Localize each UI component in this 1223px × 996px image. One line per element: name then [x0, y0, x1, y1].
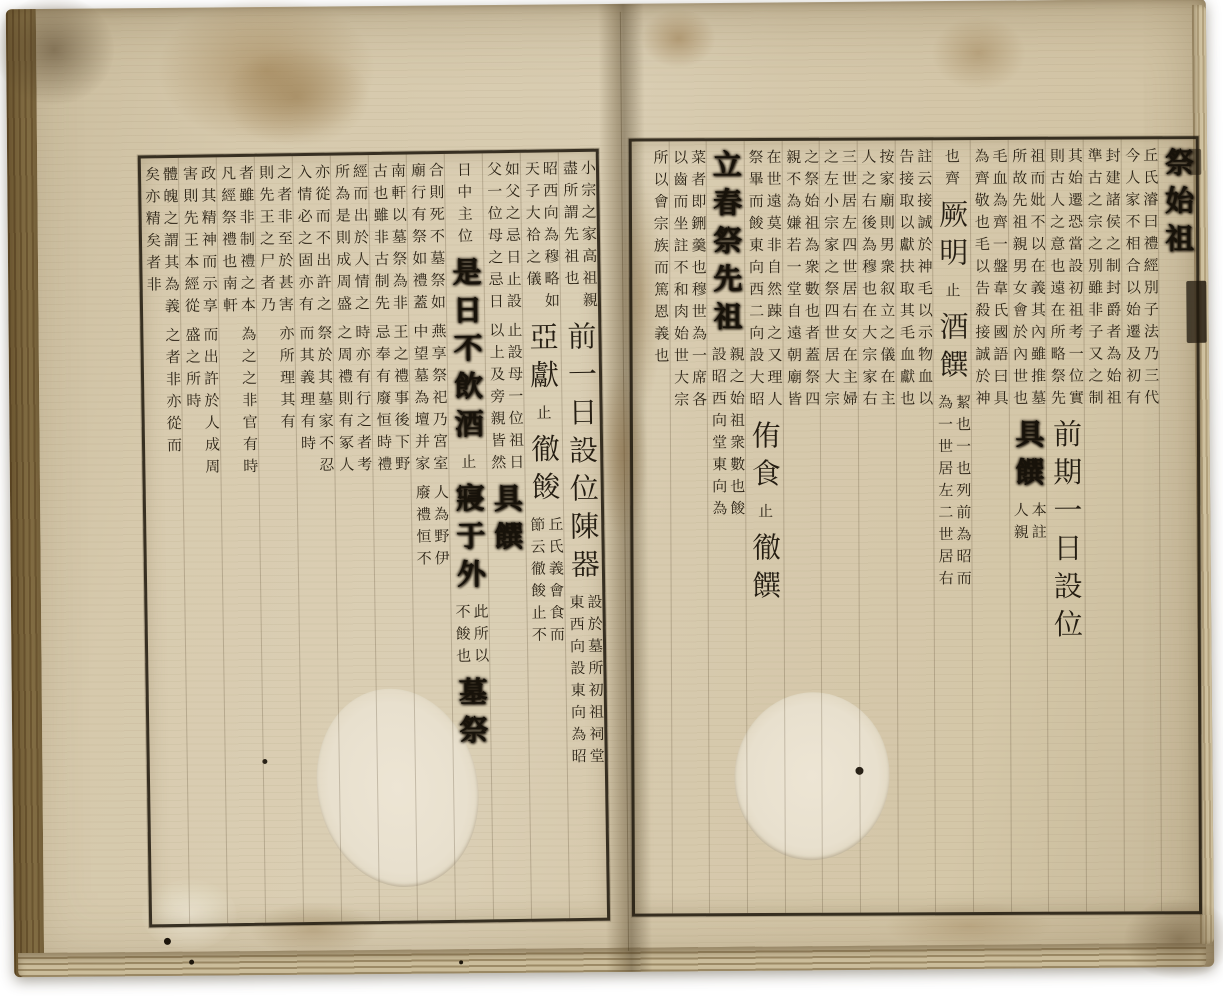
- annotation-pair: 亦所理其有: [258, 325, 295, 436]
- annotation-pair: 王之禮事後下野忌奉有廢恒時禮: [372, 324, 409, 479]
- annotation-text: 害則先王本經從: [180, 166, 199, 320]
- text-column: 毛血為齊一盤韋氏國語曰具為齊敬也毛以告殺接誠於神: [970, 140, 1011, 912]
- main-text: 具饌: [1013, 419, 1042, 495]
- annotation-text: 毛血為齊一盤韋氏國語曰具: [989, 148, 1007, 412]
- stain: [156, 0, 377, 146]
- annotation-text: [144, 327, 163, 459]
- main-text: 徹餕: [529, 433, 559, 509]
- annotation-pair: 封建諸侯之制封爵者為始祖準古之宗之別雖非子又之制: [1085, 147, 1121, 411]
- small-text: 止: [460, 454, 475, 476]
- annotation-text: 設於墓所初祖祠堂: [584, 594, 604, 770]
- annotation-text: 止設母一位祖日: [504, 322, 523, 476]
- annotation-text: 今人家不相合以始遷及初有: [1122, 147, 1140, 411]
- ink-speck: [164, 938, 171, 945]
- annotation-text: 祭畢而餕東向西二向設大昭: [745, 149, 763, 413]
- annotation-text: 亦從而不出許之: [312, 164, 331, 318]
- annotation-text: [220, 326, 239, 480]
- right-page-text-block: 祭始祖丘氏濬曰禮經別子法乃三代今人家不相合以始遷及初有封建諸侯之制封爵者為始祖準…: [629, 136, 1202, 916]
- main-text: 厥明: [937, 199, 966, 275]
- stain: [931, 15, 1027, 91]
- annotation-text: 為之之非官有時: [238, 326, 257, 480]
- text-column: 丘氏濬曰禮經別子法乃三代今人家不相合以始遷及初有: [1120, 139, 1161, 911]
- annotation-text: 菜者即鉶羹也穆世為一席各: [688, 149, 706, 413]
- text-column: 立春祭先祖親之始祖衆數也餕設昭西向堂東向為: [706, 141, 747, 913]
- annotation-text: 人為野伊: [431, 484, 449, 572]
- annotation-text: 以上及旁親皆然: [486, 322, 505, 476]
- annotation-pair: 人為野伊廢禮恒不: [413, 484, 449, 573]
- annotation-pair: 其始遷恐當設初祖考一位實則古人之意也遠在所略祭先: [1047, 148, 1083, 412]
- main-text: 祭始祖: [1163, 147, 1192, 261]
- main-text: 立春祭先祖: [711, 149, 741, 339]
- text-column: 所以會宗族而篤恩義也: [632, 141, 672, 913]
- annotation-pair: 亦從而不出許之入情必之固亦有: [294, 164, 331, 319]
- annotation-text: 親不為嫌若一堂自遠朝廟皆: [783, 149, 801, 413]
- annotation-text: 此所以: [470, 603, 488, 669]
- annotation-pair: 之祭始祖為衆數也者蓋祭四親不為嫌若一堂自遠朝廟皆: [783, 149, 819, 413]
- text-column: 封建諸侯之制封爵者為始祖準古之宗之別雖非子又之制: [1083, 139, 1124, 911]
- annotation-text: 中望墓為壇并家: [410, 323, 429, 477]
- annotation-pair: 毛血為齊一盤韋氏國語曰具為齊敬也毛以告殺接誠於神: [971, 148, 1007, 412]
- annotation-text: 不餕也: [452, 604, 470, 670]
- small-text: 止: [944, 282, 959, 304]
- annotation-pair: 止設母一位祖日以上及旁親皆然: [486, 322, 523, 477]
- annotation-text: 之周禮則有冢人: [334, 324, 353, 478]
- annotation-pair: 南軒以墓祭為非古也雖非古制先: [370, 163, 407, 318]
- annotation-pair: 政其精神而示享害則先王本經從: [180, 165, 217, 320]
- annotation-pair: 所以會宗族而篤恩義也: [632, 149, 668, 369]
- annotation-text: 為一世居左二世居右: [935, 394, 953, 592]
- text-column: 也齊厥明止酒饌絜也一也列前為昭而為一世居左二世居右: [932, 140, 973, 912]
- stain: [641, 8, 717, 69]
- annotation-text: 天子大祫之儀: [522, 161, 541, 315]
- annotation-text: 為齊敬也毛以告殺接誠於神: [971, 148, 989, 412]
- annotation-text: 廟行有祭如禮蓋: [408, 162, 427, 316]
- annotation-pair: 丘氏義會食而節云徹餕止不: [527, 516, 564, 649]
- book-spread: 小宗之家高祖親盡所謂先祖也前一日設位陳器設於墓所初祖祠堂東西向設東向為昭昭西向為…: [6, 0, 1214, 977]
- small-text: 日中主位: [456, 162, 472, 250]
- text-column: 祖而妣不以在義其內雖推墓所故先祖親男女會於內世也具饌本註人親: [1007, 140, 1048, 912]
- annotation-pair: 體魄之謂其為義矣亦精矣者非: [142, 166, 179, 321]
- annotation-text: 父一位母之忌日: [484, 161, 503, 315]
- annotation-pair: 丘氏濬曰禮經別子法乃三代今人家不相合以始遷及初有: [1122, 147, 1158, 411]
- annotation-text: 之左小宗家之祭四世居大宗: [821, 149, 839, 413]
- text-column: 按家廟則男衆叙立之儀在主人之右後為穆也在大宗家右: [857, 140, 898, 912]
- annotation-text: 人之右後為穆也在大宗家右: [858, 149, 876, 413]
- left-page-text-block: 小宗之家高祖親盡所謂先祖也前一日設位陳器設於墓所初祖祠堂東西向設東向為昭昭西向為…: [138, 149, 610, 928]
- annotation-text: 政其精神而示享: [198, 165, 217, 319]
- left-page-columns: 小宗之家高祖親盡所謂先祖也前一日設位陳器設於墓所初祖祠堂東西向設東向為昭昭西向為…: [141, 152, 607, 925]
- stain: [221, 46, 372, 147]
- annotation-pair: 絜也一也列前為昭而為一世居左二世居右: [935, 394, 971, 592]
- annotation-text: 之者非亦從而: [162, 327, 181, 459]
- annotation-text: 人親: [1011, 502, 1028, 546]
- annotation-text: 盛之所時: [182, 327, 201, 481]
- annotation-text: 按家廟則男衆叙立之儀在主: [876, 148, 894, 412]
- annotation-text: 而其義理有時: [296, 325, 315, 479]
- annotation-text: 三世居左四世居右女在主婦: [839, 149, 857, 413]
- annotation-text: 所故先祖親男女會於內世也: [1009, 148, 1027, 412]
- annotation-pair: 在世遠莫非自然踈之又理人祭畢而餕東向西二向設大昭: [745, 149, 781, 413]
- annotation-pair: 祖而妣不以在義其內雖推墓所故先祖親男女會於內世也: [1009, 148, 1045, 412]
- annotation-pair: 者雖非制禮之本凡經祭禮也南軒: [218, 165, 255, 320]
- text-column: 祭始祖: [1158, 139, 1199, 911]
- annotation-text: 東西向設東向為昭: [566, 594, 586, 770]
- annotation-text: 王之禮事後下野: [390, 324, 409, 478]
- annotation-text: 節云徹餕止不: [527, 517, 546, 649]
- annotation-text: 所為是則成周盛: [332, 163, 351, 317]
- annotation-pair: 此所以不餕也: [452, 603, 488, 670]
- annotation-text: 凡經祭禮也南軒: [218, 165, 237, 319]
- annotation-pair: 時亦有行之者考之周禮則有冢人: [334, 324, 371, 479]
- annotation-pair: 本註人親: [1011, 502, 1046, 546]
- annotation-text: 封建諸侯之制封爵者為始祖: [1103, 147, 1121, 411]
- annotation-pair: 之者非亦從而: [144, 327, 181, 460]
- annotation-text: 時亦有行之者考: [352, 324, 371, 478]
- annotation-text: 丘氏濬曰禮經別子法乃三代: [1140, 147, 1158, 411]
- annotation-text: 盡所謂先祖也: [560, 160, 579, 314]
- annotation-text: 矣亦精矣者非: [142, 166, 161, 320]
- annotation-text: 亦所理其有: [276, 325, 295, 435]
- annotation-text: 之者非至於甚害: [274, 164, 293, 318]
- annotation-text: 其始遷恐當設初祖考一位實: [1065, 148, 1083, 412]
- annotation-pair: 三世居左四世居右女在主婦之左小宗家之祭四世居大宗: [821, 149, 857, 413]
- left-page-edges: [6, 9, 44, 977]
- annotation-text: 燕享祭祀乃宮室: [428, 323, 447, 477]
- bottom-page-edges: [18, 943, 1206, 977]
- annotation-pair: 之者非至於甚害則先王之尸者乃: [256, 164, 293, 319]
- main-text: 寢于外: [454, 482, 485, 596]
- annotation-text: 丘氏義會食而: [545, 516, 564, 648]
- annotation-text: 祭於其墓家不忍: [314, 325, 333, 479]
- annotation-text: 而出許於人成周: [200, 326, 219, 480]
- annotation-text: [258, 326, 277, 436]
- annotation-text: 如父之忌日止設: [502, 161, 521, 315]
- annotation-pair: 祭於其墓家不忍而其義理有時: [296, 325, 333, 480]
- annotation-text: 以齒而坐註不和肉始世大宗: [670, 149, 688, 413]
- main-text: 具饌: [492, 483, 522, 559]
- annotation-text: 小宗之家高祖親: [578, 160, 597, 314]
- annotation-text: 者雖非制禮之本: [236, 165, 255, 319]
- annotation-text: 合則死不墓祭如: [426, 162, 445, 316]
- text-column: 菜者即鉶羹也穆世為一席各以齒而坐註不和肉始世大宗: [668, 141, 709, 913]
- annotation-pair: 如父之忌日止設父一位母之忌日: [484, 161, 521, 316]
- annotation-text: 體魄之謂其為義: [160, 166, 179, 320]
- main-text: 前一日設位陳器: [565, 321, 598, 587]
- annotation-pair: 小宗之家高祖親盡所謂先祖也: [560, 160, 597, 315]
- annotation-text: 入情必之固亦有: [294, 164, 313, 318]
- gutter-crease: [620, 12, 629, 951]
- annotation-text: 經而出於人情之: [350, 163, 369, 317]
- annotation-text: 古也雖非古制先: [370, 163, 389, 317]
- main-text: 亞獻: [527, 321, 557, 397]
- main-text: 前期一日設位: [1051, 419, 1081, 647]
- annotation-pair: 菜者即鉶羹也穆世為一席各以齒而坐註不和肉始世大宗: [670, 149, 706, 413]
- text-column: 三世居左四世居右女在主婦之左小宗家之祭四世居大宗: [819, 141, 860, 913]
- main-text: 侑食: [750, 420, 779, 496]
- photo-of-book: 小宗之家高祖親盡所謂先祖也前一日設位陳器設於墓所初祖祠堂東西向設東向為昭昭西向為…: [0, 0, 1223, 996]
- annotation-text: [632, 149, 650, 369]
- annotation-text: 告接取以獻扶取其毛血獻也: [896, 148, 914, 412]
- annotation-text: 南軒以墓祭為非: [388, 163, 407, 317]
- annotation-pair: 而出許於人成周盛之所時: [182, 326, 219, 481]
- annotation-text: 之祭始祖為衆數也者蓋祭四: [801, 149, 819, 413]
- main-text: 酒饌: [938, 311, 967, 387]
- annotation-pair: 按家廟則男衆叙立之儀在主人之右後為穆也在大宗家右: [858, 148, 894, 412]
- small-text: 也齊: [944, 148, 959, 192]
- right-page-columns: 祭始祖丘氏濬曰禮經別子法乃三代今人家不相合以始遷及初有封建諸侯之制封爵者為始祖準…: [632, 139, 1199, 913]
- annotation-text: 廢禮恒不: [413, 484, 431, 572]
- annotation-text: 昭西向為穆略如: [540, 160, 559, 314]
- annotation-text: 絜也一也列前為昭而: [953, 394, 971, 592]
- annotation-text: 設昭西向堂東向為: [709, 346, 727, 522]
- main-text: 墓祭: [456, 676, 486, 752]
- text-column: 其始遷恐當設初祖考一位實則古人之意也遠在所略祭先前期一日設位: [1045, 140, 1086, 912]
- annotation-text: 則先王之尸者乃: [256, 165, 275, 319]
- annotation-text: 忌奉有廢恒時禮: [372, 324, 391, 478]
- annotation-text: 準古之宗之別雖非子又之制: [1085, 148, 1103, 412]
- text-column: 之祭始祖為衆數也者蓋祭四親不為嫌若一堂自遠朝廟皆: [781, 141, 822, 913]
- annotation-text: 所以會宗族而篤恩義也: [650, 149, 668, 369]
- annotation-text: 親之始祖衆數也餕: [727, 346, 745, 522]
- text-column: 註云接誠於神毛以示物血以告接取以獻扶取其毛血獻也: [894, 140, 935, 912]
- annotation-pair: 為之之非官有時: [220, 326, 257, 481]
- annotation-pair: 設於墓所初祖祠堂東西向設東向為昭: [566, 594, 604, 770]
- annotation-text: 本註: [1029, 502, 1046, 546]
- small-text: 止: [757, 503, 772, 525]
- annotation-pair: 燕享祭祀乃宮室中望墓為壇并家: [410, 323, 447, 478]
- annotation-text: 在世遠莫非自然踈之又理人: [763, 149, 781, 413]
- annotation-text: 註云接誠於神毛以示物血以: [914, 148, 932, 412]
- annotation-pair: 合則死不墓祭如廟行有祭如禮蓋: [408, 162, 445, 317]
- annotation-text: 祖而妣不以在義其內雖推墓: [1027, 148, 1045, 412]
- main-text: 是日不飲酒: [450, 256, 482, 446]
- annotation-pair: 經而出於人情之所為是則成周盛: [332, 163, 369, 318]
- text-column: 在世遠莫非自然踈之又理人祭畢而餕東向西二向設大昭侑食止徹饌: [744, 141, 785, 913]
- annotation-pair: 註云接誠於神毛以示物血以告接取以獻扶取其毛血獻也: [896, 148, 932, 412]
- small-text: 止: [535, 404, 550, 426]
- annotation-text: 則古人之意也遠在所略祭先: [1047, 148, 1065, 412]
- main-text: 徹饌: [750, 532, 779, 608]
- annotation-pair: 親之始祖衆數也餕設昭西向堂東向為: [709, 346, 745, 522]
- annotation-pair: 昭西向為穆略如天子大祫之儀: [522, 160, 559, 315]
